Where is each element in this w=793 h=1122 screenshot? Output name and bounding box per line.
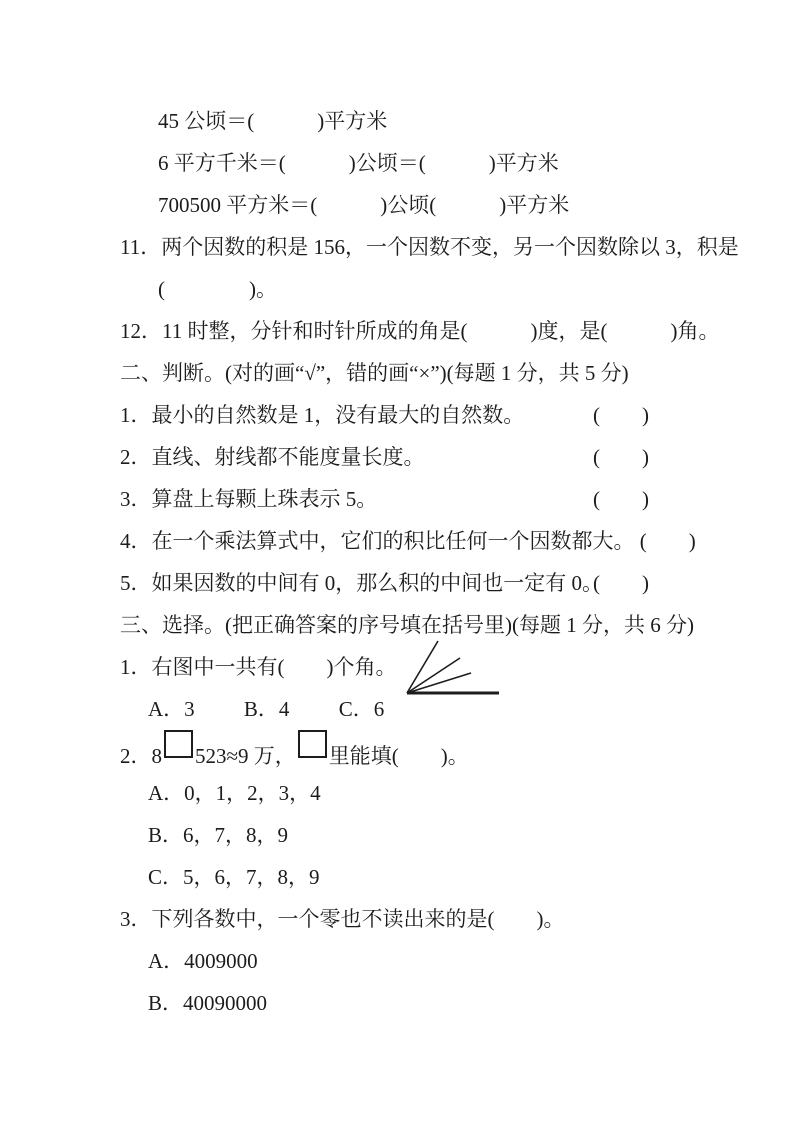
- question-text: 11．两个因数的积是 156，一个因数不变，另一个因数除以 3，积是: [120, 235, 739, 259]
- question-text: 2．8: [120, 744, 162, 768]
- option-label: A．0，1，2，3，4: [148, 781, 321, 805]
- choice-q3-option-row: A．4009000: [120, 940, 763, 982]
- choice-q2-option-row: B．6，7，8，9: [120, 814, 763, 856]
- blank-box-icon: [164, 730, 193, 758]
- judge-statement: 5．如果因数的中间有 0，那么积的中间也一定有 0。: [120, 571, 603, 595]
- exam-content: 45 公顷＝( )平方米 6 平方千米＝( )公顷＝( )平方米 700500 …: [120, 100, 763, 1024]
- question-11-continuation: ( )。: [120, 268, 763, 310]
- judge-statement: 2．直线、射线都不能度量长度。: [120, 445, 425, 469]
- option-label: B．6，7，8，9: [148, 823, 288, 847]
- question-text: 523≈9 万，: [195, 744, 296, 768]
- judge-item-row: 4．在一个乘法算式中，它们的积比任何一个因数都大。 ( ): [120, 520, 763, 562]
- angle-rays-figure: [397, 628, 507, 703]
- choice-q2-row: 2．8523≈9 万，里能填( )。: [120, 730, 763, 772]
- choice-q2-option-row: A．0，1，2，3，4: [120, 772, 763, 814]
- judge-statement: 4．在一个乘法算式中，它们的积比任何一个因数都大。: [120, 529, 635, 553]
- option-label: A．4009000: [148, 949, 258, 973]
- fill-item-row: 6 平方千米＝( )公顷＝( )平方米: [120, 142, 763, 184]
- option-label: B．40090000: [148, 991, 267, 1015]
- question-text: 12．11 时整，分针和时针所成的角是( )度，是( )角。: [120, 319, 719, 343]
- exam-page: 45 公顷＝( )平方米 6 平方千米＝( )公顷＝( )平方米 700500 …: [0, 0, 793, 1122]
- answer-bracket: ( )。: [158, 277, 277, 301]
- fill-item-text: 6 平方千米＝( )公顷＝( )平方米: [158, 151, 559, 175]
- choice-q3-option-row: B．40090000: [120, 982, 763, 1024]
- judge-item-row: 1．最小的自然数是 1，没有最大的自然数。 ( ): [120, 394, 763, 436]
- judge-statement: 1．最小的自然数是 1，没有最大的自然数。: [120, 403, 524, 427]
- answer-bracket: ( ): [593, 394, 649, 436]
- section-title: 二、判断。(对的画“√”，错的画“×”)(每题 1 分，共 5 分): [120, 361, 629, 385]
- judge-item-row: 5．如果因数的中间有 0，那么积的中间也一定有 0。 ( ): [120, 562, 763, 604]
- answer-bracket: ( ): [593, 478, 649, 520]
- question-text: 1．右图中一共有( )个角。: [120, 655, 397, 679]
- answer-bracket: ( ): [593, 436, 649, 478]
- fill-item-text: 700500 平方米＝( )公顷( )平方米: [158, 193, 569, 217]
- option-label: A．3: [148, 688, 195, 730]
- fill-item-row: 700500 平方米＝( )公顷( )平方米: [120, 184, 763, 226]
- question-12-row: 12．11 时整，分针和时针所成的角是( )度，是( )角。: [120, 310, 763, 352]
- judge-item-row: 2．直线、射线都不能度量长度。 ( ): [120, 436, 763, 478]
- answer-bracket: ( ): [640, 529, 696, 553]
- question-text: 里能填( )。: [329, 744, 469, 768]
- option-label: B．4: [244, 688, 290, 730]
- question-11-row: 11．两个因数的积是 156，一个因数不变，另一个因数除以 3，积是: [120, 226, 763, 268]
- choice-q3-row: 3．下列各数中，一个零也不读出来的是( )。: [120, 898, 763, 940]
- choice-q2-option-row: C．5，6，7，8，9: [120, 856, 763, 898]
- question-text: 3．下列各数中，一个零也不读出来的是( )。: [120, 907, 565, 931]
- option-label: C．6: [339, 688, 385, 730]
- fill-item-text: 45 公顷＝( )平方米: [158, 109, 387, 133]
- blank-box-icon: [298, 730, 327, 758]
- judge-item-row: 3．算盘上每颗上珠表示 5。 ( ): [120, 478, 763, 520]
- judge-statement: 3．算盘上每颗上珠表示 5。: [120, 487, 377, 511]
- option-label: C．5，6，7，8，9: [148, 865, 320, 889]
- fill-item-row: 45 公顷＝( )平方米: [120, 100, 763, 142]
- judge-header: 二、判断。(对的画“√”，错的画“×”)(每题 1 分，共 5 分): [120, 352, 763, 394]
- answer-bracket: ( ): [593, 562, 649, 604]
